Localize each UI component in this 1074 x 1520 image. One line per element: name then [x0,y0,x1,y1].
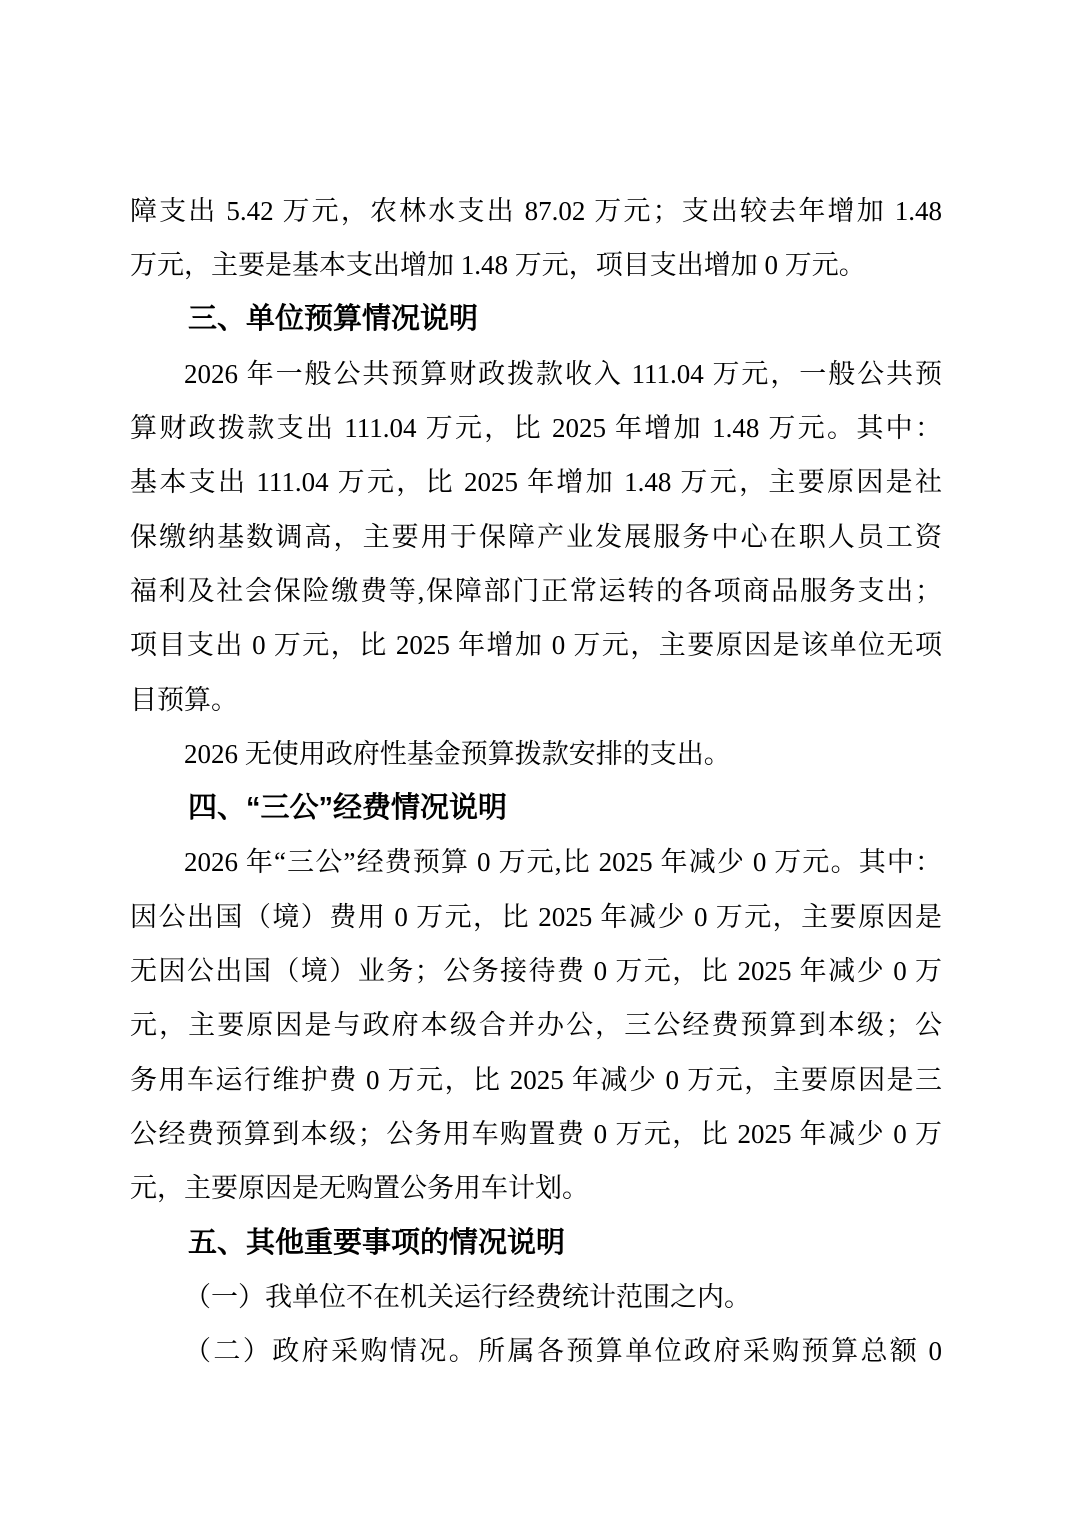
text-line: 障支出 5.42 万元，农林水支出 87.02 万元；支出较去年增加 1.48 [130,184,942,238]
text-line: 福利及社会保险缴费等,保障部门正常运转的各项商品服务支出； [130,564,942,618]
text-line: 目预算。 [130,673,942,727]
text-line: 算财政拨款支出 111.04 万元，比 2025 年增加 1.48 万元。其中： [130,401,942,455]
text-line: 万元，主要是基本支出增加 1.48 万元，项目支出增加 0 万元。 [130,238,942,292]
text-line: 务用车运行维护费 0 万元，比 2025 年减少 0 万元，主要原因是三 [130,1053,942,1107]
text-line: 元，主要原因是与政府本级合并办公，三公经费预算到本级；公 [130,998,942,1052]
text-line: 无因公出国（境）业务；公务接待费 0 万元，比 2025 年减少 0 万 [130,944,942,998]
paragraph-government-fund-note: 2026 无使用政府性基金预算拨款安排的支出。 [130,727,942,781]
text-line: （二）政府采购情况。所属各预算单位政府采购预算总额 0 [130,1324,942,1378]
text-line: 2026 年一般公共预算财政拨款收入 111.04 万元，一般公共预 [130,347,942,401]
paragraph-item-one: （一）我单位不在机关运行经费统计范围之内。 [130,1270,942,1324]
text-line: 基本支出 111.04 万元，比 2025 年增加 1.48 万元，主要原因是社 [130,455,942,509]
text-line: 保缴纳基数调高，主要用于保障产业发展服务中心在职人员工资 [130,510,942,564]
text-line: （一）我单位不在机关运行经费统计范围之内。 [130,1270,942,1324]
text-line: 2026 无使用政府性基金预算拨款安排的支出。 [130,727,942,781]
text-line: 项目支出 0 万元，比 2025 年增加 0 万元，主要原因是该单位无项 [130,618,942,672]
section-heading-other-important-matters: 五、其他重要事项的情况说明 [130,1216,942,1270]
section-heading-unit-budget: 三、单位预算情况说明 [130,292,942,346]
section-heading-three-public-expenses: 四、“三公”经费情况说明 [130,781,942,835]
paragraph-three-public-expenses-detail: 2026 年“三公”经费预算 0 万元,比 2025 年减少 0 万元。其中： … [130,835,942,1215]
document-page: 障支出 5.42 万元，农林水支出 87.02 万元；支出较去年增加 1.48 … [0,0,1074,1520]
paragraph-budget-expense-summary: 障支出 5.42 万元，农林水支出 87.02 万元；支出较去年增加 1.48 … [130,184,942,293]
text-line: 公经费预算到本级；公务用车购置费 0 万元，比 2025 年减少 0 万 [130,1107,942,1161]
text-line: 2026 年“三公”经费预算 0 万元,比 2025 年减少 0 万元。其中： [130,835,942,889]
text-line: 元，主要原因是无购置公务用车计划。 [130,1161,942,1215]
paragraph-unit-budget-detail: 2026 年一般公共预算财政拨款收入 111.04 万元，一般公共预 算财政拨款… [130,347,942,727]
text-line: 因公出国（境）费用 0 万元，比 2025 年减少 0 万元，主要原因是 [130,890,942,944]
paragraph-item-two: （二）政府采购情况。所属各预算单位政府采购预算总额 0 [130,1324,942,1378]
